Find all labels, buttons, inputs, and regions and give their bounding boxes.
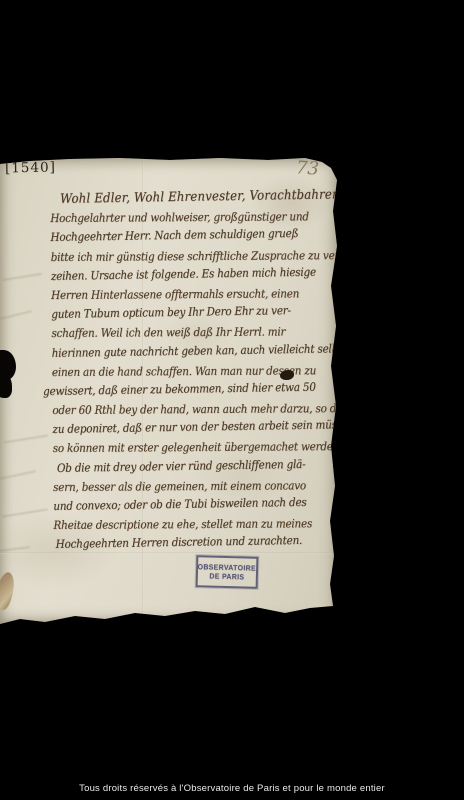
archival-number: [1540]	[5, 160, 56, 177]
ink-showthrough-mark	[0, 310, 32, 320]
manuscript-line: zu deponiret, daß er nur von der besten …	[52, 416, 311, 439]
manuscript-line: und convexo; oder ob die Tubi bisweilen …	[53, 493, 312, 516]
letter-body: Wohl Edler, Wohl Ehrenvester, Vorachtbah…	[50, 187, 342, 555]
ink-showthrough-mark	[4, 435, 48, 444]
manuscript-line: Hochgeehrter Herr. Nach dem schuldigen g…	[50, 224, 309, 247]
manuscript-line: guten Tubum opticum bey Ihr Dero Ehr zu …	[51, 301, 310, 324]
manuscript-scan: [1540] 73 Wohl Edler, Wohl Ehrenvester, …	[0, 0, 464, 800]
observatoire-de-paris-stamp: OBSERVATOIRE DE PARIS	[196, 555, 259, 589]
manuscript-line: zeihen. Ursache ist folgende. Es haben m…	[51, 263, 310, 286]
ink-showthrough-mark	[2, 508, 48, 517]
manuscript-page: [1540] 73 Wohl Edler, Wohl Ehrenvester, …	[0, 156, 342, 626]
manuscript-line: hierinnen gute nachricht geben kan, auch…	[52, 339, 311, 362]
stamp-text-line: DE PARIS	[209, 572, 244, 582]
manuscript-line: Wohl Edler, Wohl Ehrenvester, Vorachtbah…	[60, 186, 310, 209]
manuscript-line: Hochgeehrten Herren discretion und zurac…	[56, 531, 314, 554]
folio-number: 73	[295, 157, 319, 180]
copyright-notice: Tous droits réservés à l'Observatoire de…	[0, 783, 464, 794]
ink-showthrough-mark	[2, 273, 42, 281]
manuscript-line: Ob die mit drey oder vier ründ geschliff…	[57, 454, 313, 477]
ink-showthrough-mark	[0, 470, 36, 479]
ink-showthrough-mark	[0, 546, 30, 552]
manuscript-line: gewissert, daß einer zu bekommen, sind h…	[43, 378, 311, 402]
paper-fragment	[0, 571, 17, 612]
